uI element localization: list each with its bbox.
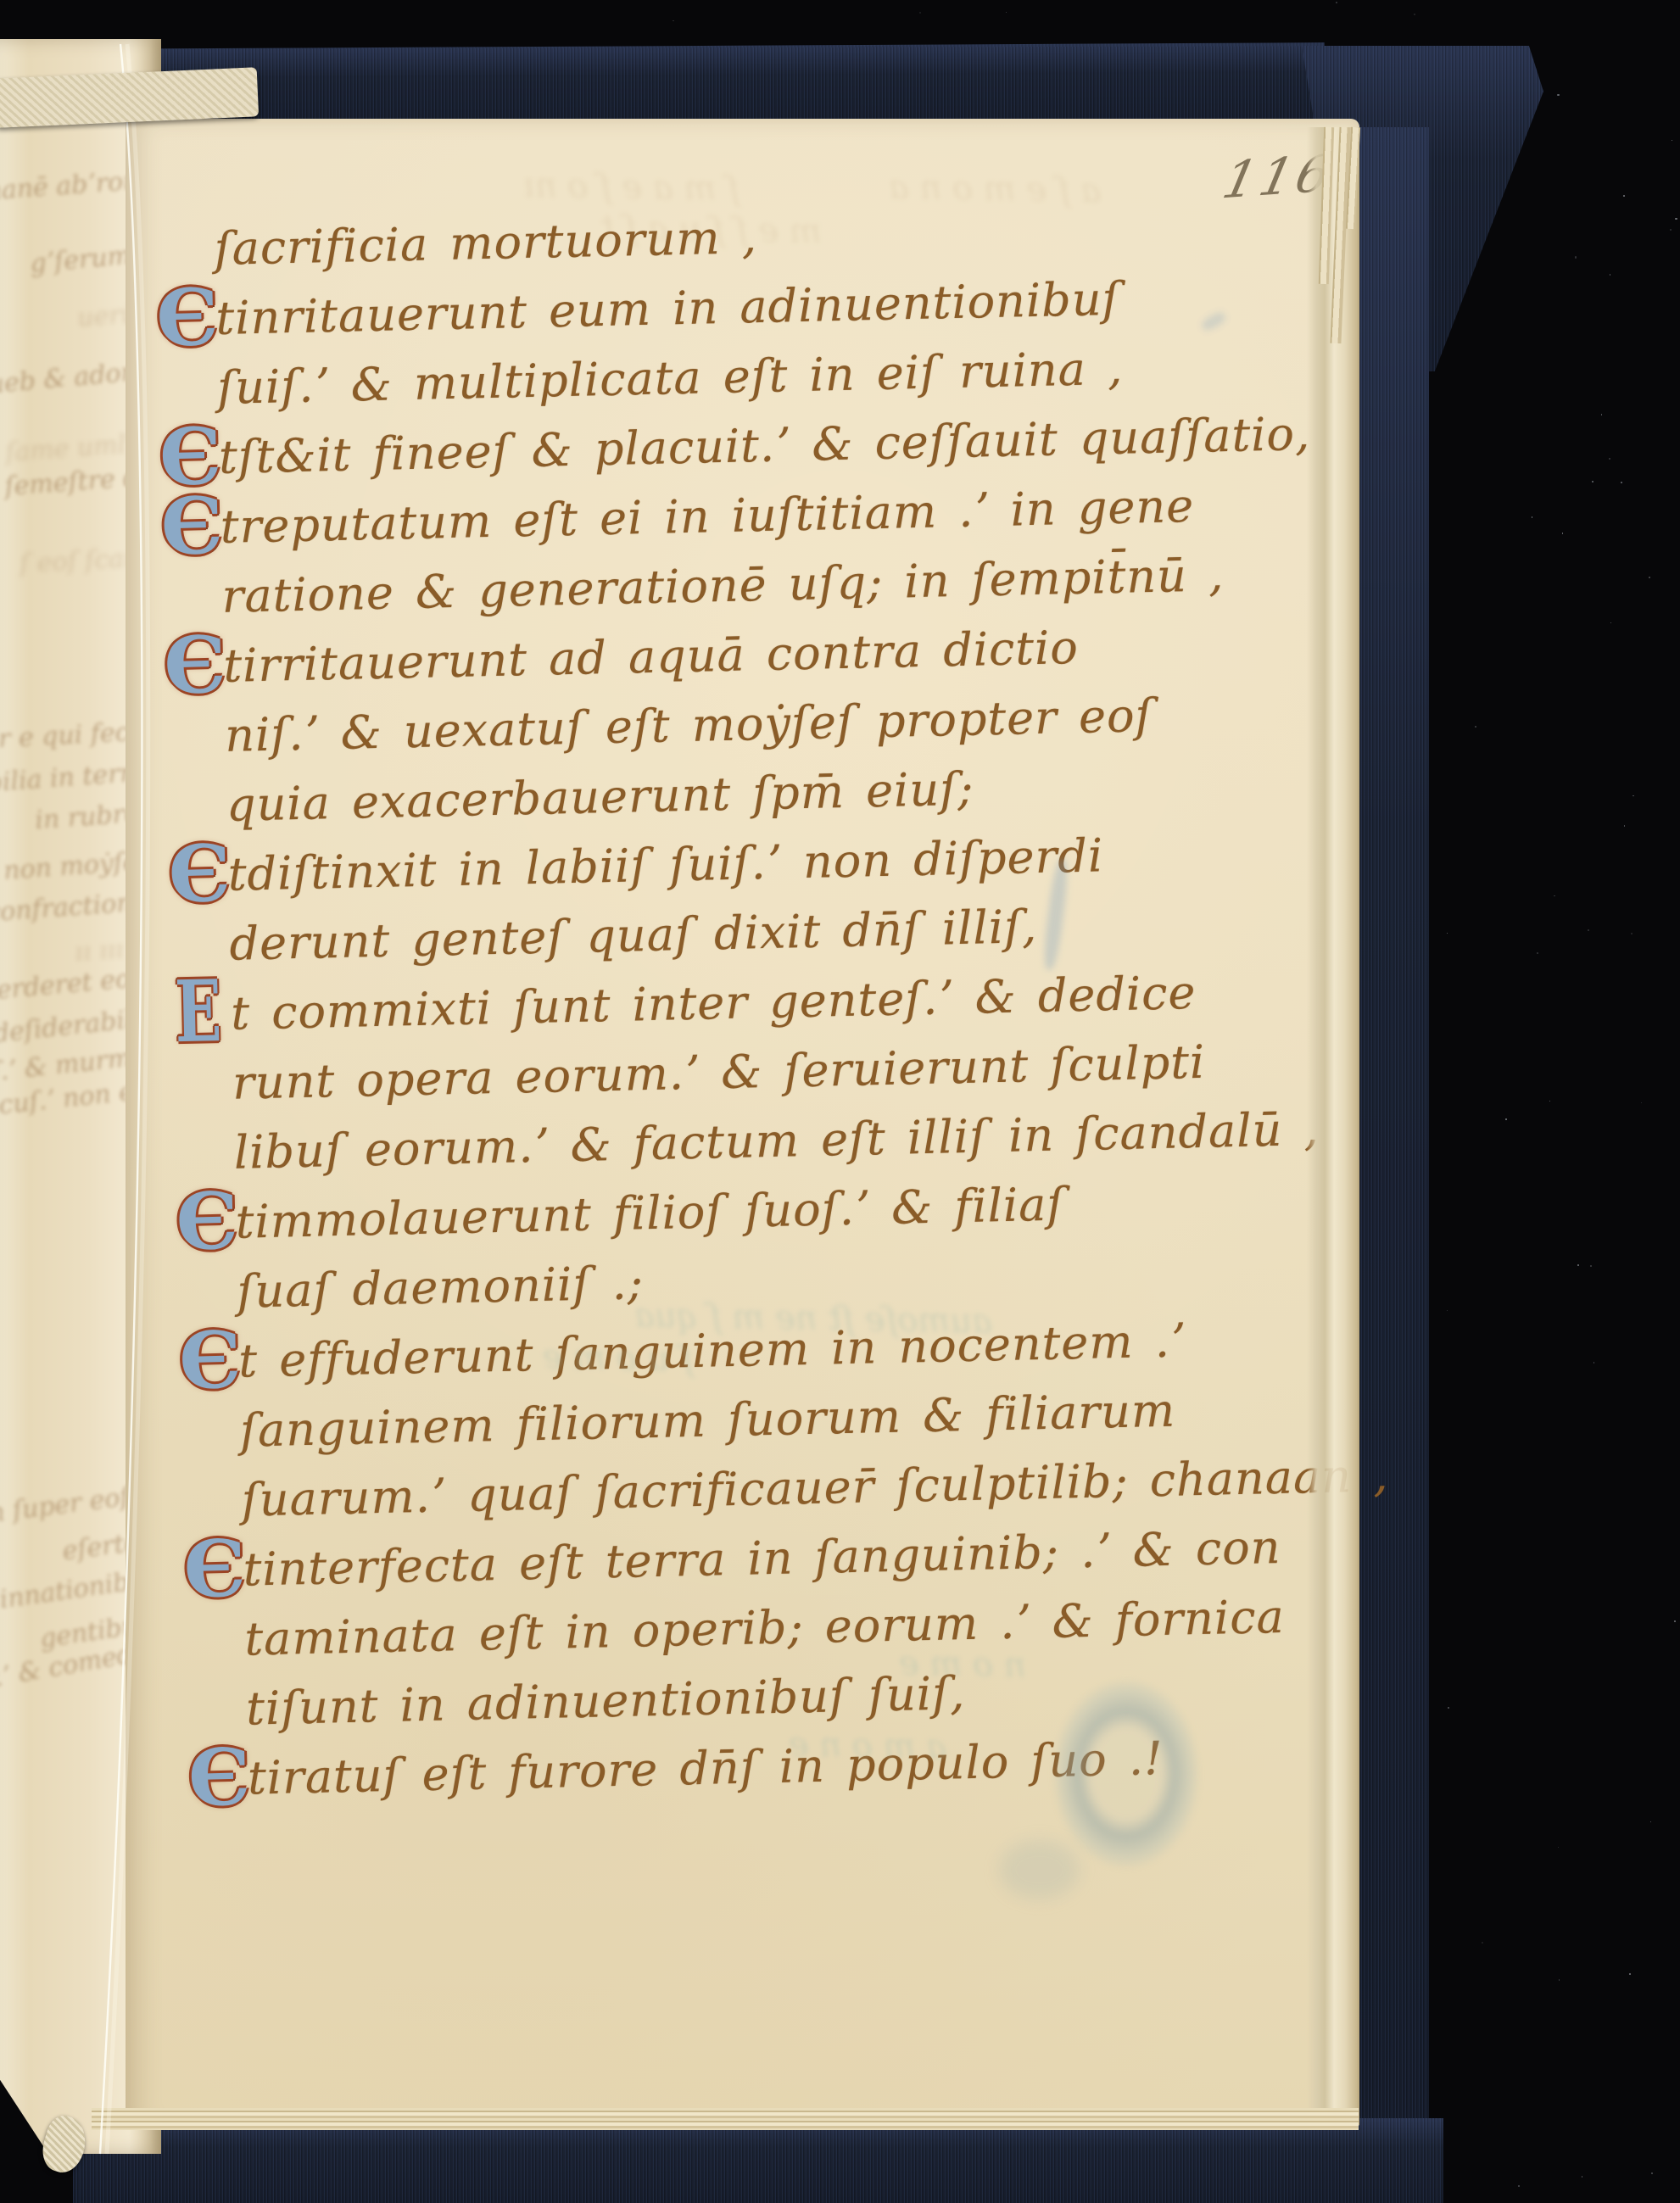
illuminated-initial: Є bbox=[183, 1530, 247, 1609]
dust-speck bbox=[1592, 481, 1594, 483]
dust-speck bbox=[1447, 1310, 1448, 1311]
dust-speck bbox=[1448, 1707, 1449, 1709]
dust-speck bbox=[1554, 895, 1555, 897]
dust-speck bbox=[1557, 94, 1559, 96]
show-through-text: n o m e bbox=[899, 1644, 1026, 1686]
dust-speck bbox=[1505, 1118, 1507, 1120]
dust-speck bbox=[673, 20, 674, 22]
dust-speck bbox=[1610, 622, 1611, 623]
dust-speck bbox=[1549, 1101, 1550, 1101]
illuminated-initial: Є bbox=[168, 834, 232, 914]
dust-speck bbox=[1006, 12, 1007, 13]
illuminated-initial: Є bbox=[163, 626, 226, 706]
dust-speck bbox=[1670, 229, 1672, 231]
dust-speck bbox=[1577, 1264, 1579, 1266]
show-through-text: aumoſe ſt ne m ſ qua bbox=[634, 1296, 993, 1341]
dust-speck bbox=[1651, 2172, 1653, 2174]
dust-speck bbox=[1675, 218, 1677, 220]
dust-speck bbox=[1621, 482, 1622, 483]
dust-speck bbox=[1629, 1973, 1631, 1975]
dust-speck bbox=[1641, 1102, 1642, 1103]
illuminated-initial: Є bbox=[176, 1182, 239, 1262]
line-text: ſuaſ daemoniiſ .; bbox=[237, 1256, 645, 1318]
dust-speck bbox=[1537, 952, 1538, 954]
illuminated-initial: Є bbox=[178, 1321, 242, 1401]
manuscript-page: 116 ſacrificia mortuorum ,Єtinritauerunt… bbox=[126, 119, 1359, 2130]
dust-speck bbox=[1414, 14, 1415, 15]
illuminated-initial: Є bbox=[155, 278, 219, 358]
dust-speck bbox=[1588, 929, 1589, 931]
dust-speck bbox=[1593, 1362, 1595, 1364]
show-through-text: ſ m a e ſ o nı bbox=[524, 166, 740, 209]
illuminated-initial: E bbox=[174, 968, 222, 1054]
dust-speck bbox=[1582, 2176, 1582, 2177]
illuminated-initial: Є bbox=[160, 487, 224, 566]
dust-speck bbox=[1674, 1620, 1676, 1622]
dust-speck bbox=[1649, 577, 1650, 578]
dust-speck bbox=[1482, 1942, 1483, 1944]
show-through-text: m e ſ ſ u a ſ t bbox=[600, 209, 822, 252]
ink-stain-tail bbox=[999, 1840, 1080, 1899]
show-through-text: a ſ e m o n a bbox=[889, 168, 1102, 210]
dust-speck bbox=[1559, 1979, 1560, 1981]
dust-speck bbox=[1575, 256, 1577, 258]
show-through-text: ſ u o m e bbox=[543, 1337, 694, 1379]
dust-speck bbox=[1447, 933, 1448, 934]
dust-speck bbox=[1336, 2, 1337, 3]
dust-speck bbox=[1610, 274, 1611, 276]
dust-speck bbox=[1518, 2185, 1519, 2186]
dust-speck bbox=[1672, 140, 1672, 141]
dust-speck bbox=[1650, 1821, 1652, 1823]
dust-speck bbox=[1532, 516, 1533, 518]
dust-speck bbox=[1590, 1265, 1592, 1267]
page-edges-right bbox=[1307, 127, 1359, 2125]
dust-speck bbox=[1631, 933, 1633, 934]
show-through-text: a m o n e bbox=[789, 1725, 947, 1766]
dust-speck bbox=[1562, 533, 1564, 534]
dust-speck bbox=[1623, 195, 1625, 197]
dust-speck bbox=[919, 12, 921, 14]
dust-speck bbox=[1558, 1847, 1559, 1848]
dust-speck bbox=[1624, 825, 1626, 827]
page-edges-bottom bbox=[92, 2108, 1359, 2130]
dust-speck bbox=[1609, 458, 1610, 460]
text-area: ſacrificia mortuorum ,Єtinritauerunt eum… bbox=[214, 197, 1395, 1821]
ink-stain bbox=[1054, 1681, 1198, 1867]
book-cover-bottom-edge bbox=[73, 2118, 1443, 2203]
manuscript-photograph: manē abʼron.gʼſerum .uerūtueb & adoraſam… bbox=[0, 0, 1680, 2203]
dust-speck bbox=[1475, 726, 1476, 728]
dust-speck bbox=[1633, 795, 1633, 796]
dust-speck bbox=[1601, 414, 1603, 416]
illuminated-initial: Є bbox=[187, 1738, 251, 1818]
